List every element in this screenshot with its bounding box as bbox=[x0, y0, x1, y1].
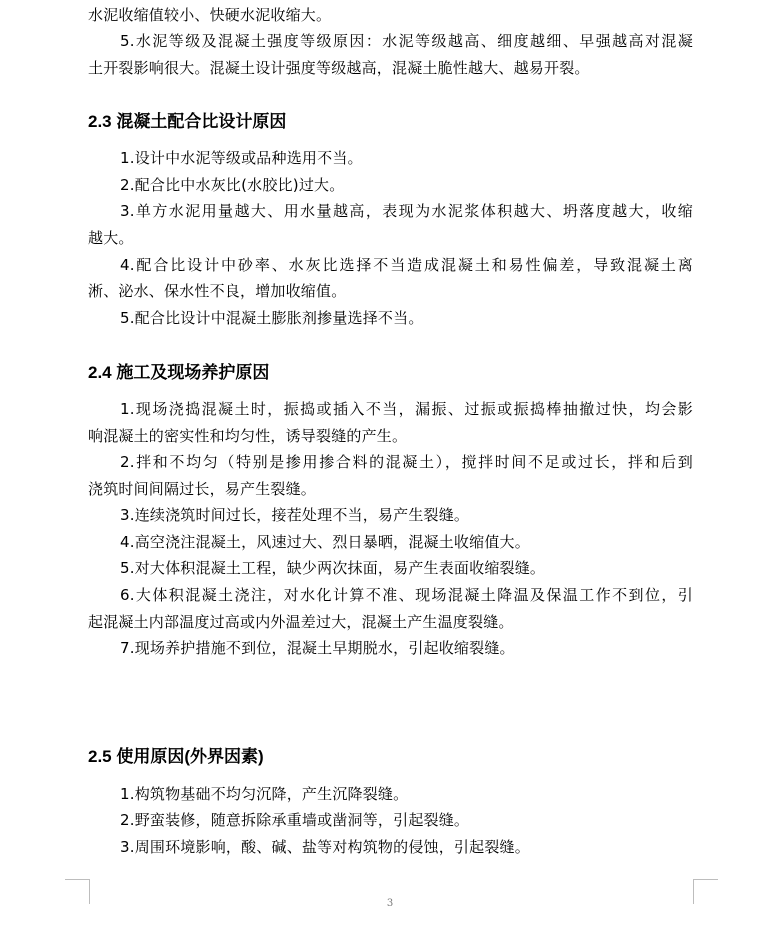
paragraph-line: 水泥收缩值较小、快硬水泥收缩大。 bbox=[88, 2, 693, 28]
paragraph-line: 5.水泥等级及混凝土强度等级原因：水泥等级越高、细度越细、早强越高对混凝 bbox=[120, 28, 693, 54]
list-item: 3.周围环境影响，酸、碱、盐等对构筑物的侵蚀，引起裂缝。 bbox=[120, 834, 693, 860]
list-item: 2.配合比中水灰比(水胶比)过大。 bbox=[120, 172, 693, 198]
section-heading-2-3: 2.3 混凝土配合比设计原因 bbox=[88, 110, 286, 134]
list-item: 1.构筑物基础不均匀沉降，产生沉降裂缝。 bbox=[120, 781, 693, 807]
list-item: 5.对大体积混凝土工程，缺少两次抹面，易产生表面收缩裂缝。 bbox=[120, 555, 693, 581]
list-item: 5.配合比设计中混凝土膨胀剂掺量选择不当。 bbox=[120, 305, 693, 331]
page-number: 3 bbox=[380, 897, 400, 911]
list-item: 4.配合比设计中砂率、水灰比选择不当造成混凝土和易性偏差，导致混凝土离 bbox=[120, 252, 693, 278]
list-item: 1.设计中水泥等级或品种选用不当。 bbox=[120, 145, 693, 171]
page-corner-mark-left bbox=[65, 879, 90, 904]
section-heading-2-5: 2.5 使用原因(外界因素) bbox=[88, 745, 264, 769]
list-item-continuation: 浇筑时间间隔过长，易产生裂缝。 bbox=[88, 476, 693, 502]
list-item: 7.现场养护措施不到位，混凝土早期脱水，引起收缩裂缝。 bbox=[120, 635, 693, 661]
page-corner-mark-right bbox=[693, 879, 718, 904]
section-heading-2-4: 2.4 施工及现场养护原因 bbox=[88, 361, 269, 385]
list-item-continuation: 越大。 bbox=[88, 225, 693, 251]
list-item: 2.野蛮装修，随意拆除承重墙或凿洞等，引起裂缝。 bbox=[120, 807, 693, 833]
list-item: 6.大体积混凝土浇注，对水化计算不准、现场混凝土降温及保温工作不到位，引 bbox=[120, 582, 693, 608]
list-item: 3.单方水泥用量越大、用水量越高，表现为水泥浆体积越大、坍落度越大，收缩 bbox=[120, 198, 693, 224]
list-item: 2.拌和不均匀（特别是掺用掺合料的混凝土），搅拌时间不足或过长，拌和后到 bbox=[120, 449, 693, 475]
list-item: 4.高空浇注混凝土，风速过大、烈日暴晒，混凝土收缩值大。 bbox=[120, 529, 693, 555]
list-item-continuation: 起混凝土内部温度过高或内外温差过大，混凝土产生温度裂缝。 bbox=[88, 609, 693, 635]
document-page: 水泥收缩值较小、快硬水泥收缩大。 5.水泥等级及混凝土强度等级原因：水泥等级越高… bbox=[0, 0, 781, 942]
paragraph-line: 土开裂影响很大。混凝土设计强度等级越高，混凝土脆性越大、越易开裂。 bbox=[88, 55, 693, 81]
list-item: 3.连续浇筑时间过长，接茬处理不当，易产生裂缝。 bbox=[120, 502, 693, 528]
list-item-continuation: 淅、泌水、保水性不良，增加收缩值。 bbox=[88, 278, 693, 304]
list-item: 1.现场浇捣混凝土时，振捣或插入不当，漏振、过振或振捣棒抽撤过快，均会影 bbox=[120, 396, 693, 422]
list-item-continuation: 响混凝土的密实性和均匀性，诱导裂缝的产生。 bbox=[88, 423, 693, 449]
